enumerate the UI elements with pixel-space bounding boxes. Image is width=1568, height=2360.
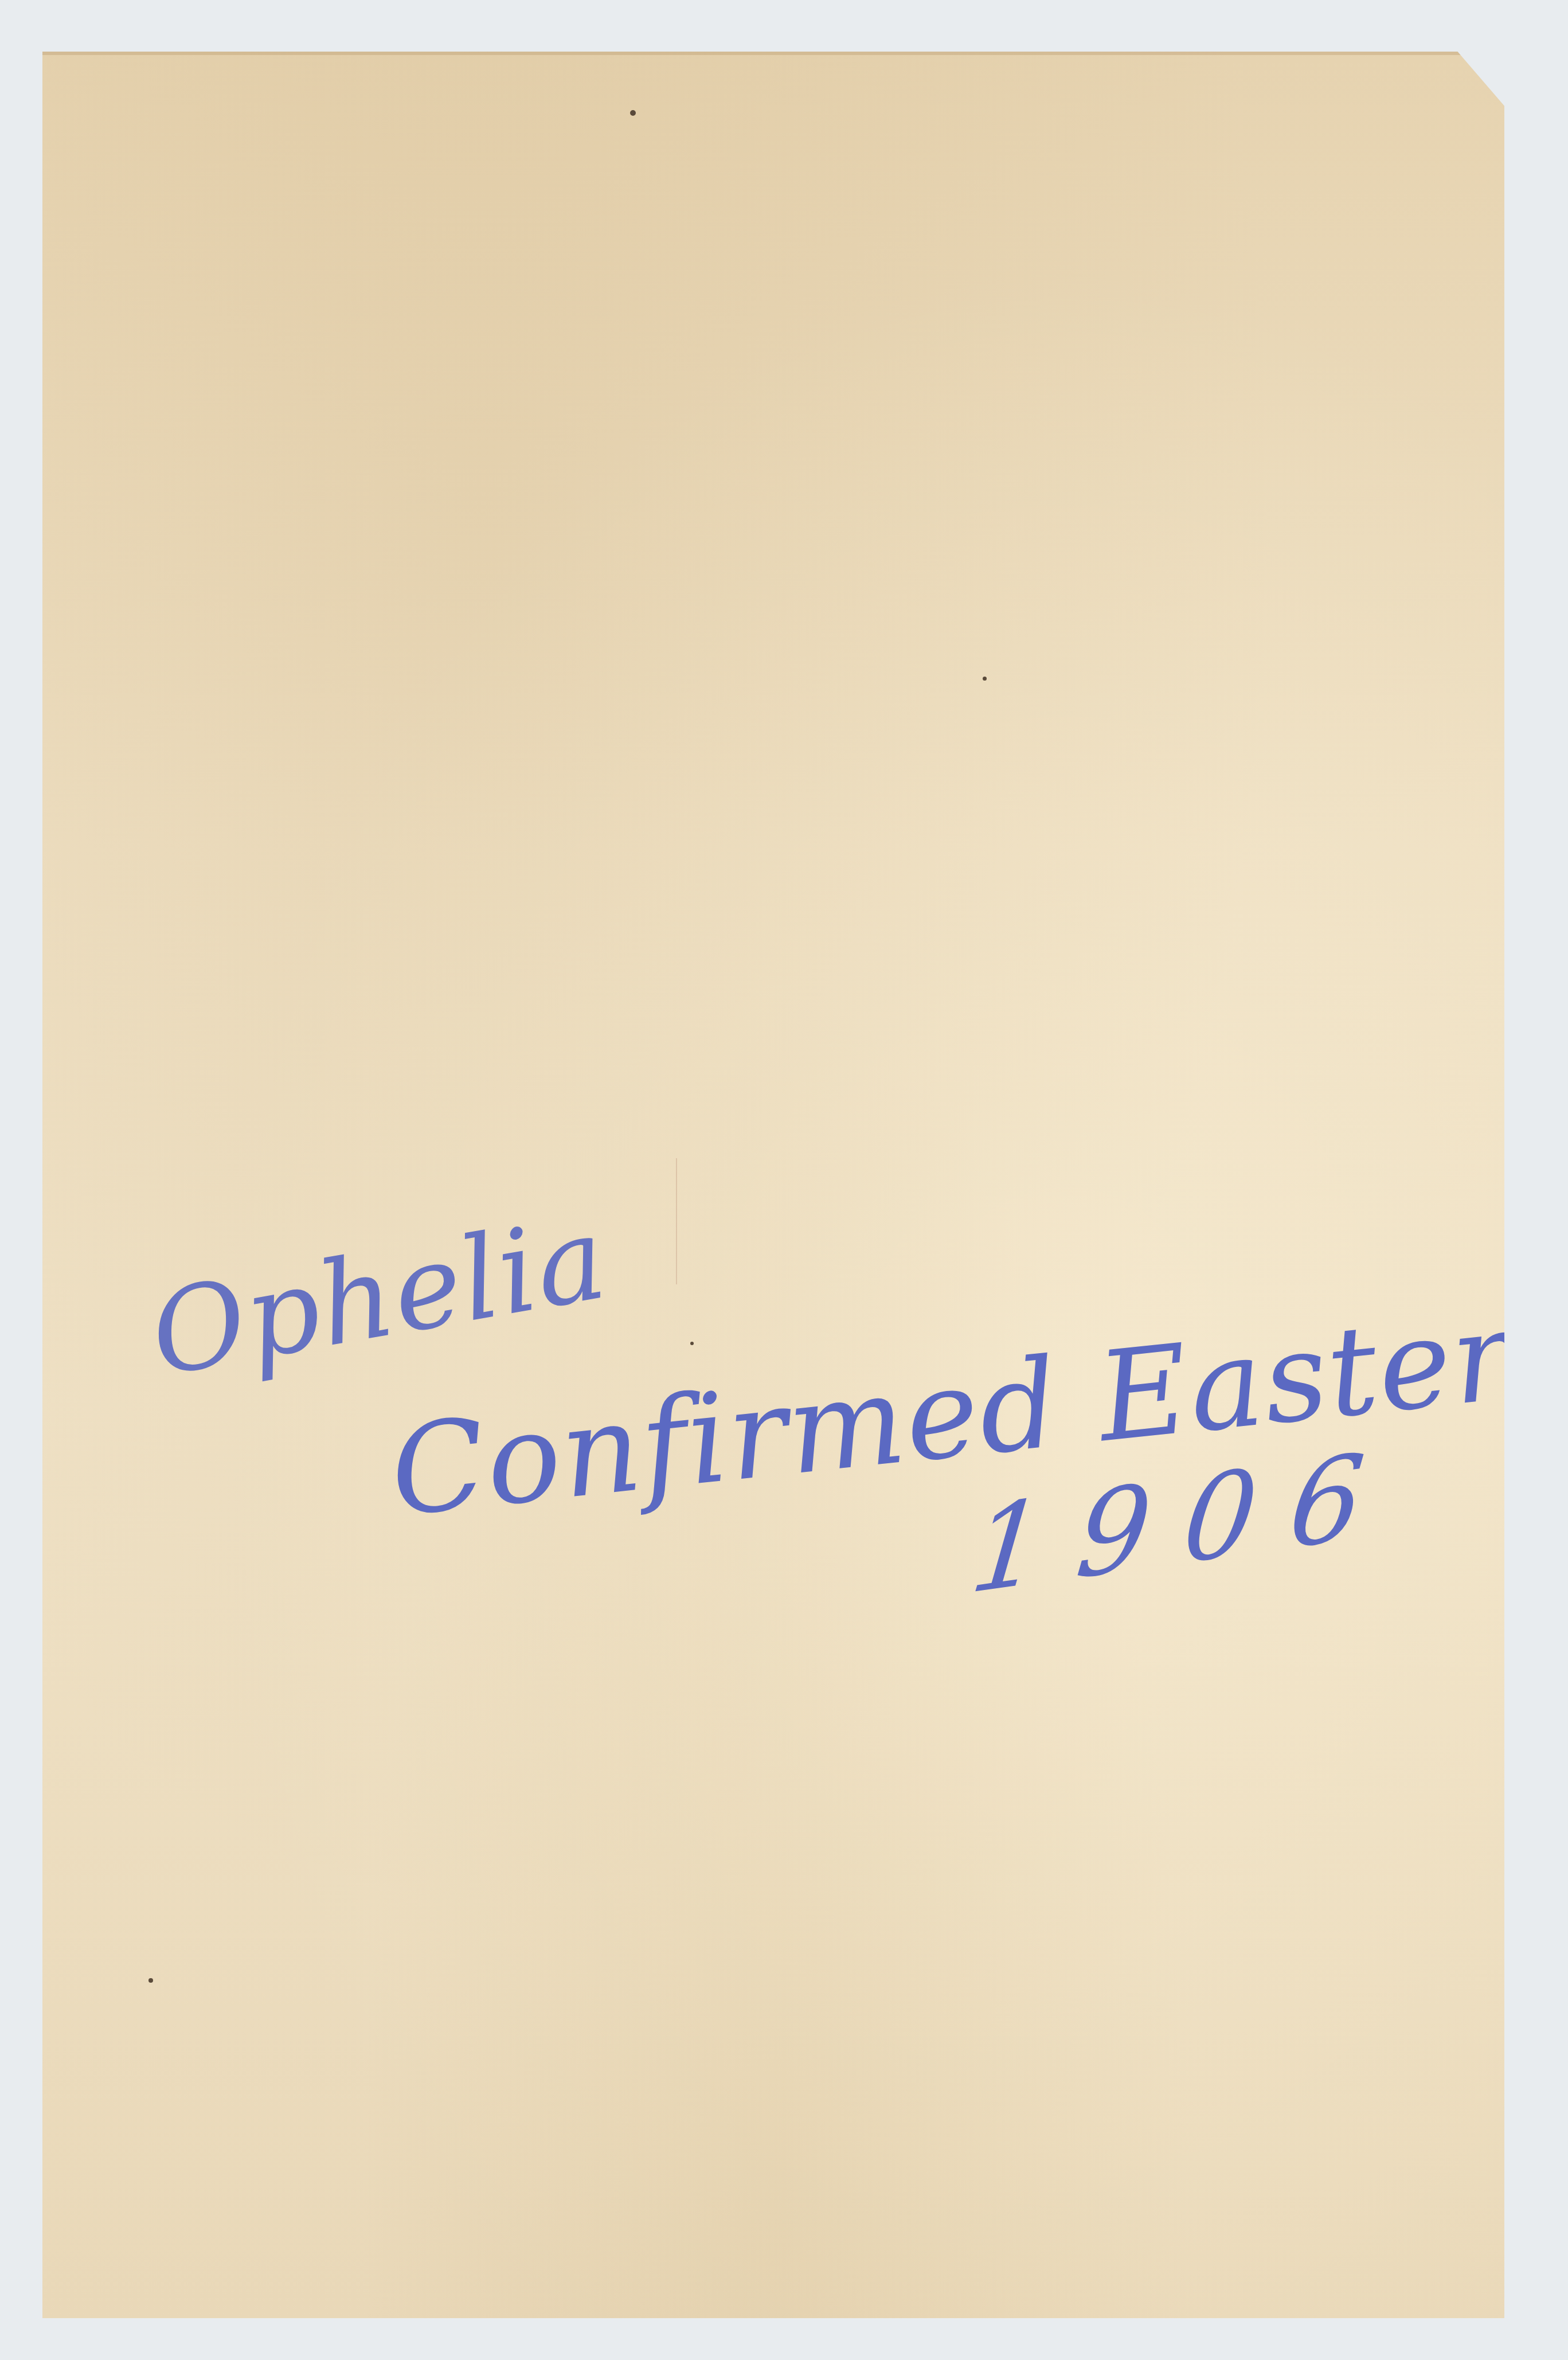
photo-card-back: Ophelia Confirmed Easter Sunday 1906 [42, 52, 1504, 2318]
faint-crease [676, 1158, 677, 1284]
handwritten-name: Ophelia [143, 1201, 615, 1393]
paper-speck [630, 110, 636, 116]
paper-speck [148, 1978, 153, 1983]
paper-speck [983, 677, 987, 681]
card-top-edge [42, 52, 1504, 55]
paper-speck [690, 1342, 694, 1345]
